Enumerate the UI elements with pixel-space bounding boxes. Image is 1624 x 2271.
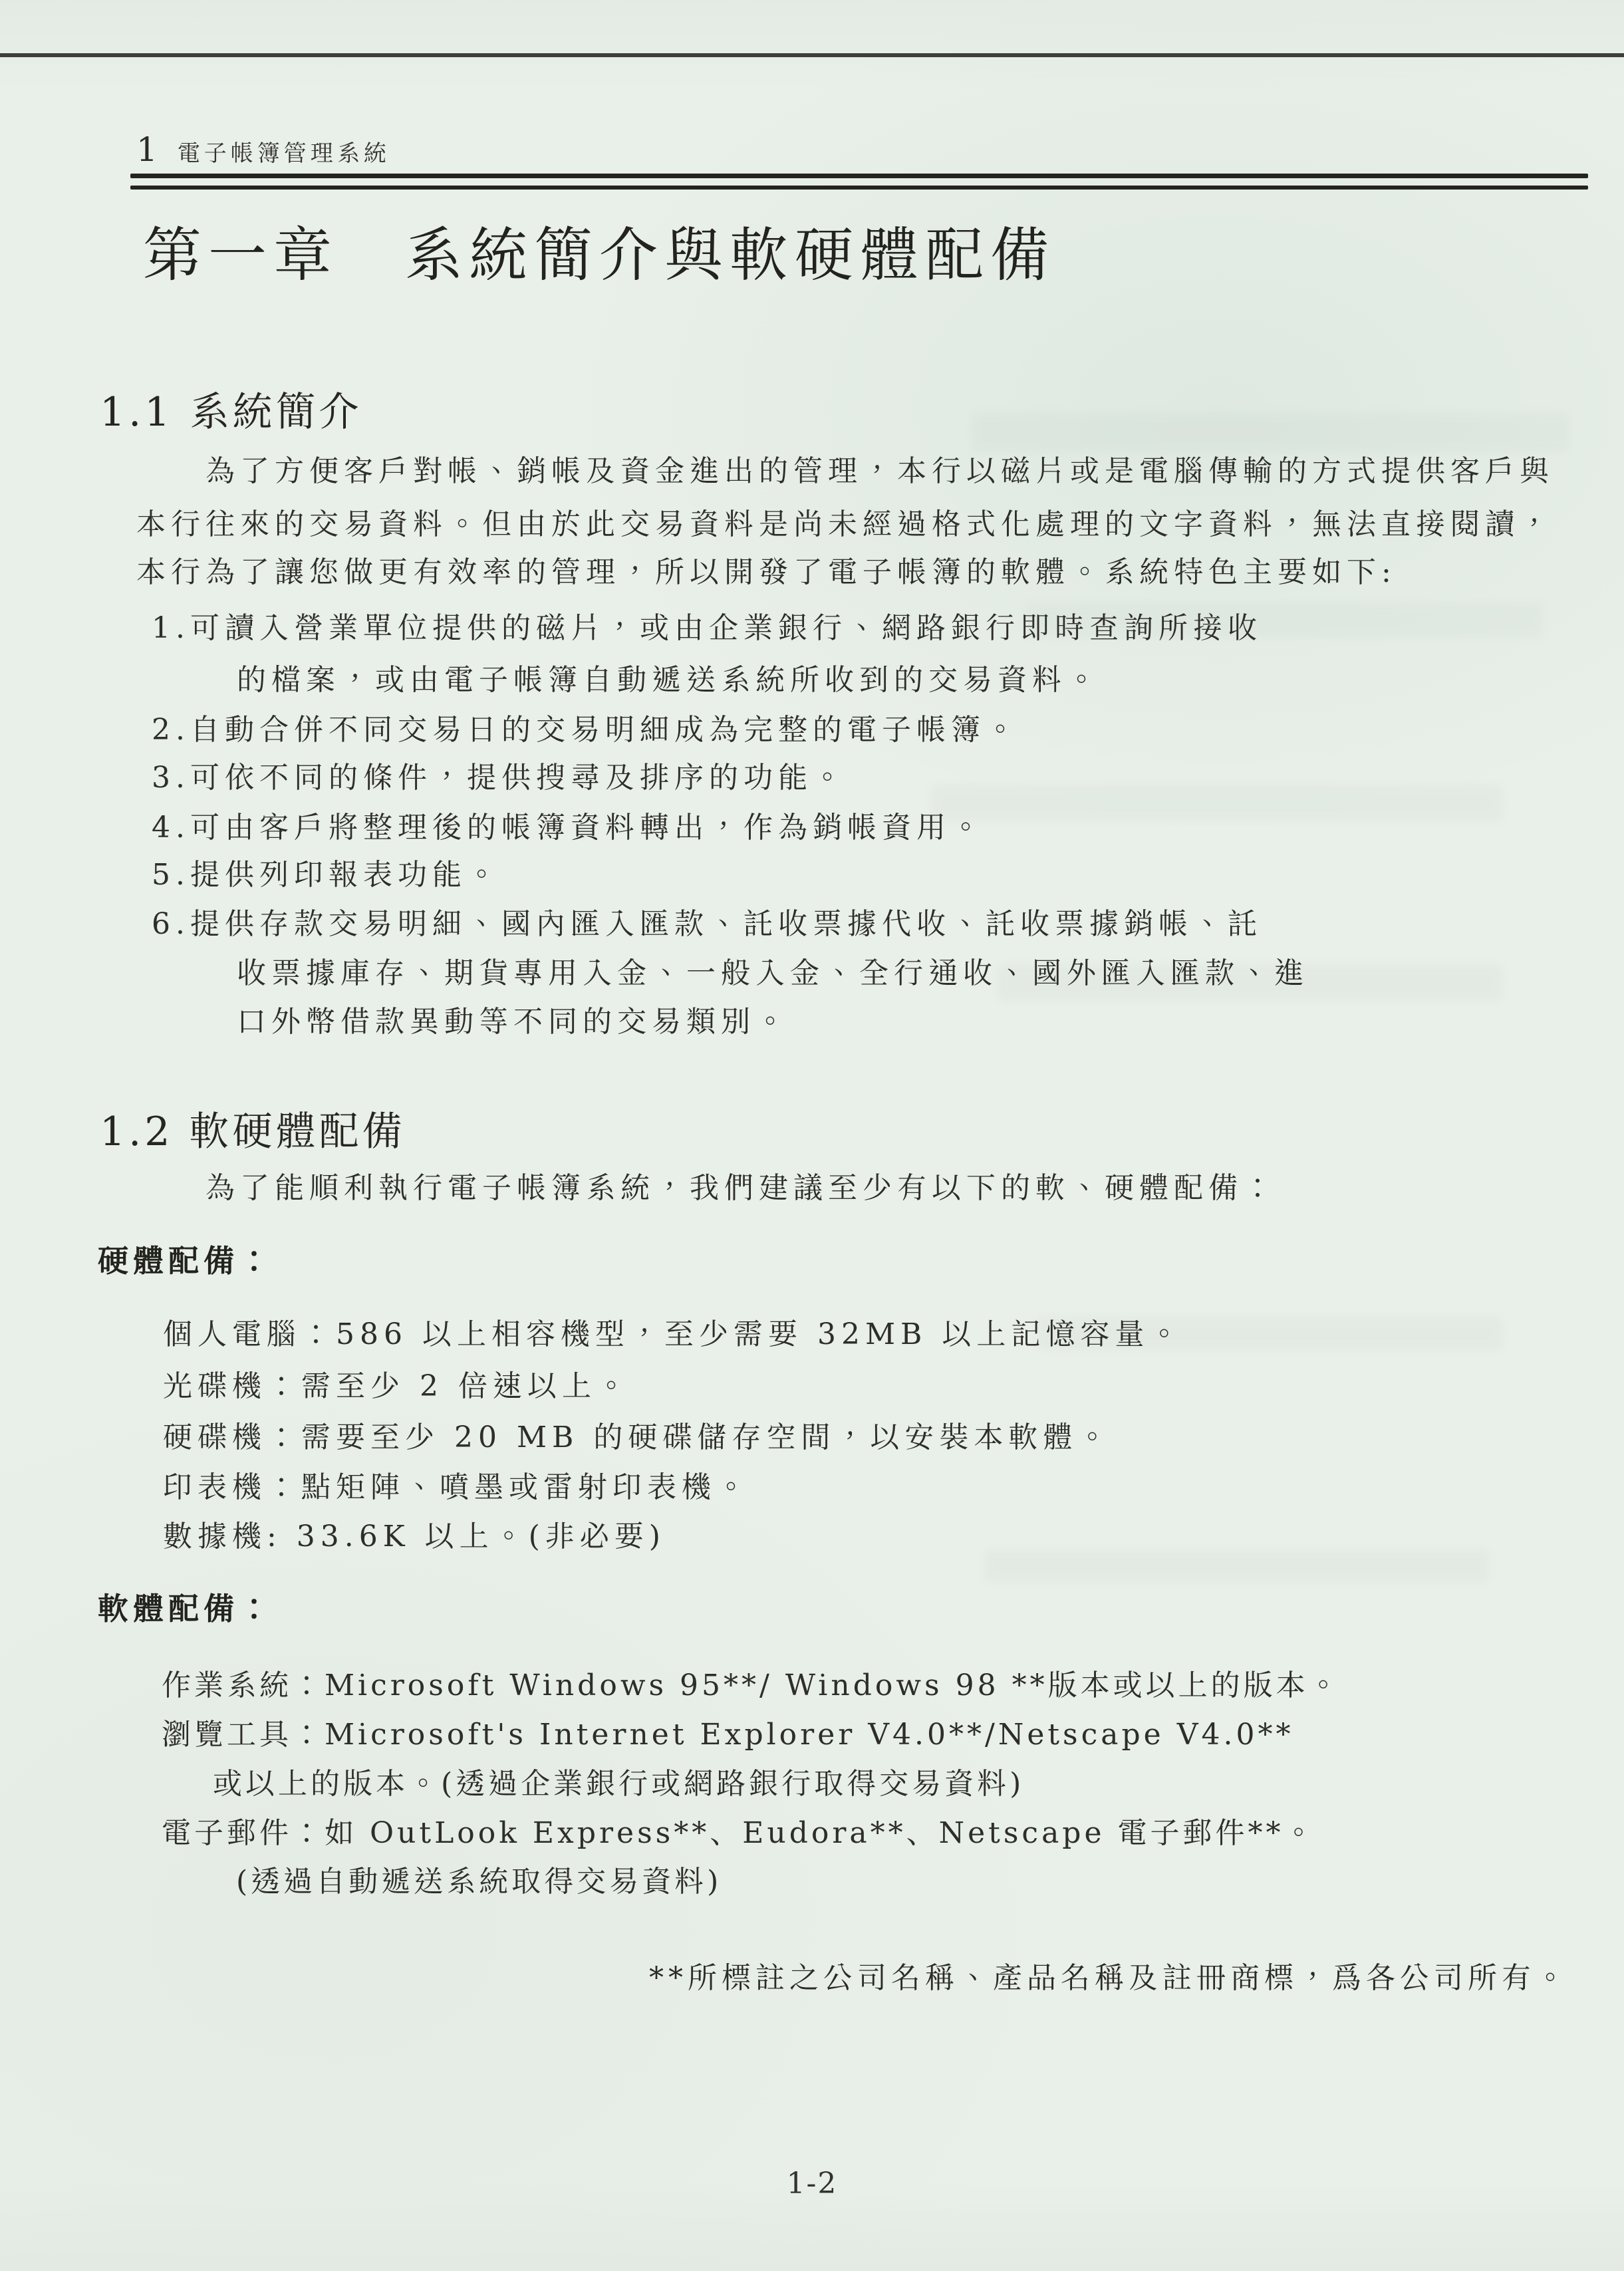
header-rule-top	[130, 174, 1588, 178]
feature-item-line: 5.提供列印報表功能。	[152, 851, 501, 893]
header-rule-bottom	[130, 186, 1588, 190]
feature-item-line: 4.可由客戶將整理後的帳簿資料轉出，作為銷帳資用。	[152, 803, 986, 846]
software-item-line: (透過自動遞送系統取得交易資料)	[236, 1857, 722, 1900]
hardware-item: 數據機: 33.6K 以上。(非必要)	[163, 1512, 666, 1555]
software-item-line: 作業系統：Microsoft Windows 95**/ Windows 98 …	[162, 1661, 1341, 1704]
software-item-line: 或以上的版本。(透過企業銀行或網路銀行取得交易資料)	[213, 1760, 1024, 1802]
intro-paragraph-line: 本行往來的交易資料。但由於此交易資料是尚未經過格式化處理的文字資料，無法直接閱讀…	[136, 500, 1554, 543]
section-1-1-heading: 1.1 系統簡介	[100, 380, 362, 438]
config-intro-line: 為了能順利執行電子帳簿系統，我們建議至少有以下的軟、硬體配備：	[136, 1164, 1278, 1206]
software-item-line: 瀏覽工具：Microsoft's Internet Explorer V4.0*…	[162, 1710, 1293, 1753]
scan-edge-artifact	[0, 53, 1624, 57]
feature-item-line: 的檔案，或由電子帳簿自動遞送系統所收到的交易資料。	[237, 656, 1101, 698]
feature-item-line: 2.自動合併不同交易日的交易明細成為完整的電子帳簿。	[152, 706, 1020, 748]
intro-paragraph-line: 本行為了讓您做更有效率的管理，所以開發了電子帳簿的軟體。系統特色主要如下:	[136, 548, 1397, 591]
hardware-item: 印表機：點矩陣、噴墨或雷射印表機。	[163, 1463, 751, 1506]
feature-item-line: 3.可依不同的條件，提供搜尋及排序的功能。	[152, 753, 847, 796]
feature-item-line: 6.提供存款交易明細、國內匯入匯款、託收票據代收、託收票據銷帳、託	[152, 900, 1262, 942]
chapter-title: 第一章 系統簡介與軟硬體配備	[143, 209, 1055, 293]
intro-paragraph-line: 為了方便客戶對帳、銷帳及資金進出的管理，本行以磁片或是電腦傳輸的方式提供客戶與	[136, 447, 1554, 489]
hardware-heading: 硬體配備：	[98, 1237, 274, 1281]
software-heading: 軟體配備：	[98, 1585, 274, 1629]
software-item-line: 電子郵件：如 OutLook Express**、Eudora**、Netsca…	[162, 1809, 1317, 1851]
running-header: 1 電子帳簿管理系統	[136, 130, 390, 169]
scan-bleedthrough-artifact	[931, 785, 1503, 821]
feature-item-line: 收票據庫存、期貨專用入金、一般入金、全行通收、國外匯入匯款、進	[237, 949, 1309, 992]
feature-item-line: 1.可讀入營業單位提供的磁片，或由企業銀行、網路銀行即時查詢所接收	[152, 604, 1262, 646]
trademark-note: **所標註之公司名稱、產品名稱及註冊商標，爲各公司所有。	[649, 1954, 1569, 1996]
running-header-book-title: 電子帳簿管理系統	[178, 135, 390, 168]
hardware-item: 硬碟機：需要至少 20 MB 的硬碟儲存空間，以安裝本軟體。	[163, 1413, 1112, 1456]
scan-bleedthrough-artifact	[984, 1549, 1490, 1583]
scanned-manual-page: 1 電子帳簿管理系統 第一章 系統簡介與軟硬體配備 1.1 系統簡介 為了方便客…	[0, 0, 1624, 2271]
hardware-item: 光碟機：需至少 2 倍速以上。	[163, 1362, 631, 1404]
section-1-2-heading: 1.2 軟硬體配備	[100, 1100, 406, 1157]
hardware-item: 個人電腦：586 以上相容機型，至少需要 32MB 以上記憶容量。	[163, 1310, 1184, 1353]
feature-item-line: 口外幣借款異動等不同的交易類別。	[237, 998, 790, 1040]
page-number: 1-2	[0, 2167, 1624, 2201]
scan-bleedthrough-artifact	[971, 412, 1569, 452]
running-header-chapter-number: 1	[136, 130, 158, 169]
